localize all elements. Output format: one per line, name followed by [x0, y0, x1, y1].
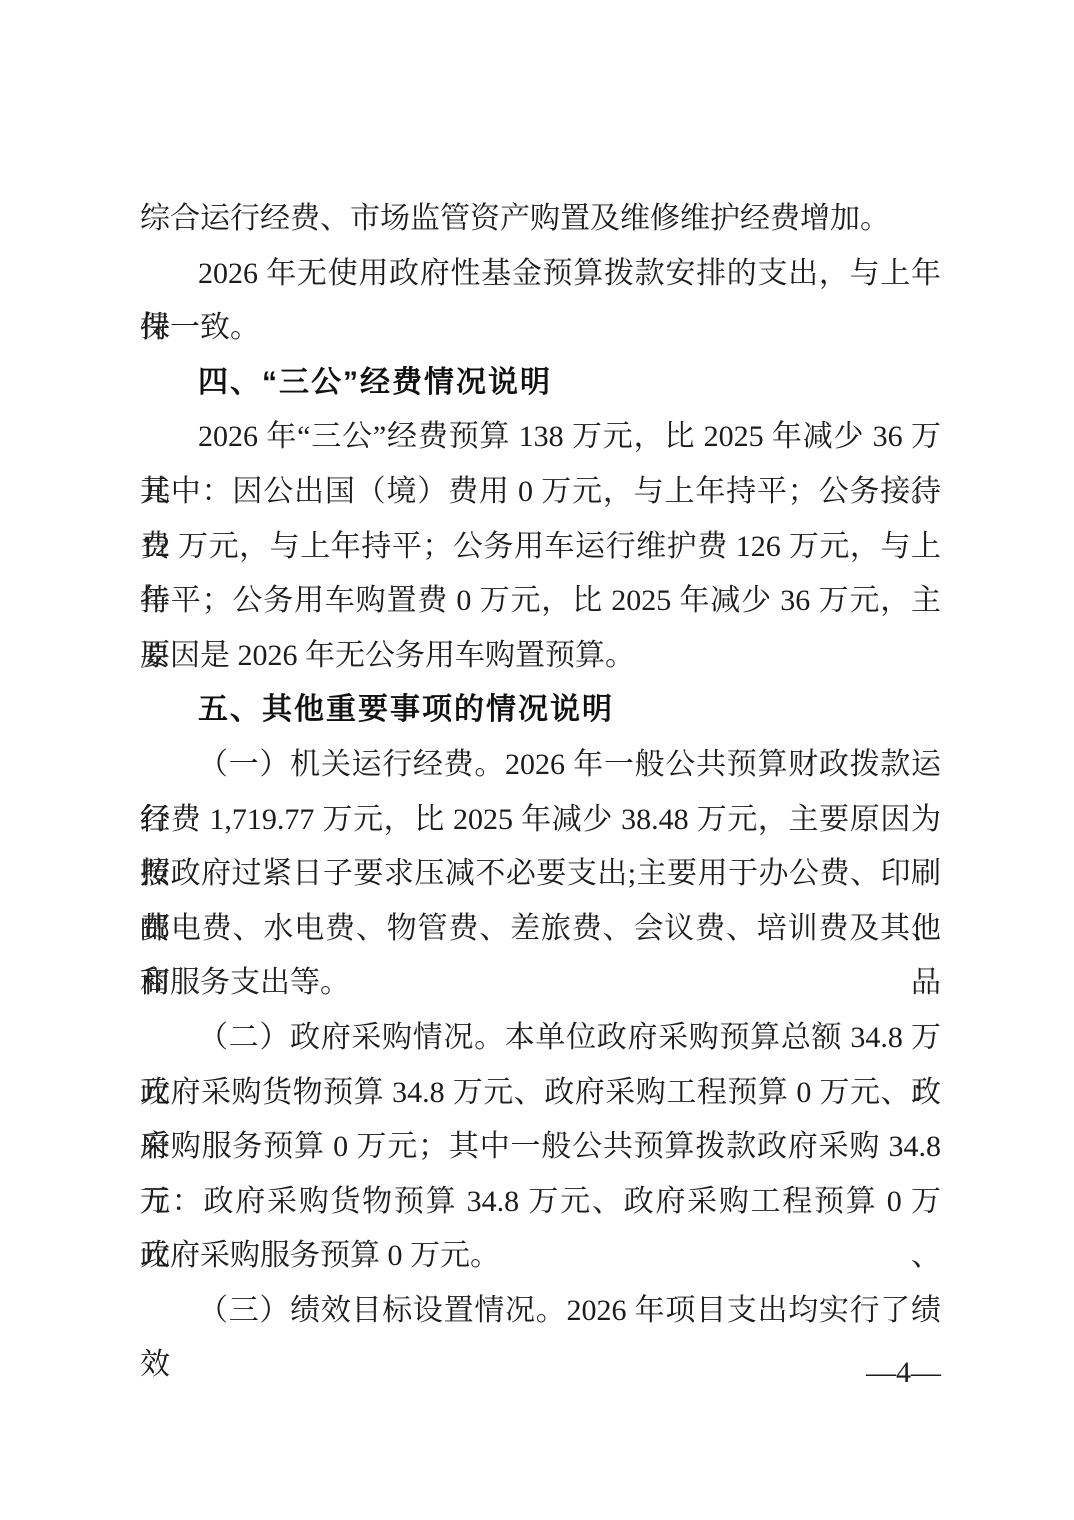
subsection-lead: （一）机关运行经费。	[198, 748, 505, 781]
body-line: 经费 1,719.77 万元，比 2025 年减少 38.48 万元，主要原因为…	[140, 793, 941, 848]
body-line: 其中：因公出国（境）费用 0 万元，与上年持平；公务接待费	[140, 465, 941, 520]
text-block: 综合运行经费、市场监管资产购置及维修维护经费增加。 2026 年无使用政府性基金…	[140, 192, 941, 1338]
body-line: 持平；公务用车购置费 0 万元，比 2025 年减少 36 万元，主要	[140, 574, 941, 629]
body-line: 2026 年无使用政府性基金预算拨款安排的支出，与上年保	[140, 247, 941, 302]
body-line: （一）机关运行经费。2026 年一般公共预算财政拨款运行	[140, 738, 941, 793]
section-heading: 四、“三公”经费情况说明	[140, 356, 941, 411]
body-line: （三）绩效目标设置情况。2026 年项目支出均实行了绩效	[140, 1284, 941, 1339]
subsection-lead: （二）政府采购情况。	[198, 1021, 505, 1054]
body-line: 12 万元，与上年持平；公务用车运行维护费 126 万元，与上年	[140, 520, 941, 575]
body-line: 邮电费、水电费、物管费、差旅费、会议费、培训费及其他商品	[140, 902, 941, 957]
subsection-lead: （三）绩效目标设置情况。	[198, 1294, 566, 1327]
document-page: 综合运行经费、市场监管资产购置及维修维护经费增加。 2026 年无使用政府性基金…	[0, 0, 1074, 1520]
page-number: —4—	[866, 1346, 941, 1401]
body-line: 采购服务预算 0 万元；其中一般公共预算拨款政府采购 34.8 万	[140, 1120, 941, 1175]
section-heading: 五、其他重要事项的情况说明	[140, 683, 941, 738]
body-line: 综合运行经费、市场监管资产购置及维修维护经费增加。	[140, 192, 941, 247]
body-line: 照政府过紧日子要求压减不必要支出;主要用于办公费、印刷费、	[140, 847, 941, 902]
body-line: 政府采购货物预算 34.8 万元、政府采购工程预算 0 万元、政府	[140, 1066, 941, 1121]
body-line: 2026 年“三公”经费预算 138 万元，比 2025 年减少 36 万元。	[140, 410, 941, 465]
body-line: 原因是 2026 年无公务用车购置预算。	[140, 629, 941, 684]
body-line: 持一致。	[140, 301, 941, 356]
body-line: 元：政府采购货物预算 34.8 万元、政府采购工程预算 0 万元、	[140, 1175, 941, 1230]
body-line: （二）政府采购情况。本单位政府采购预算总额 34.8 万元：	[140, 1011, 941, 1066]
